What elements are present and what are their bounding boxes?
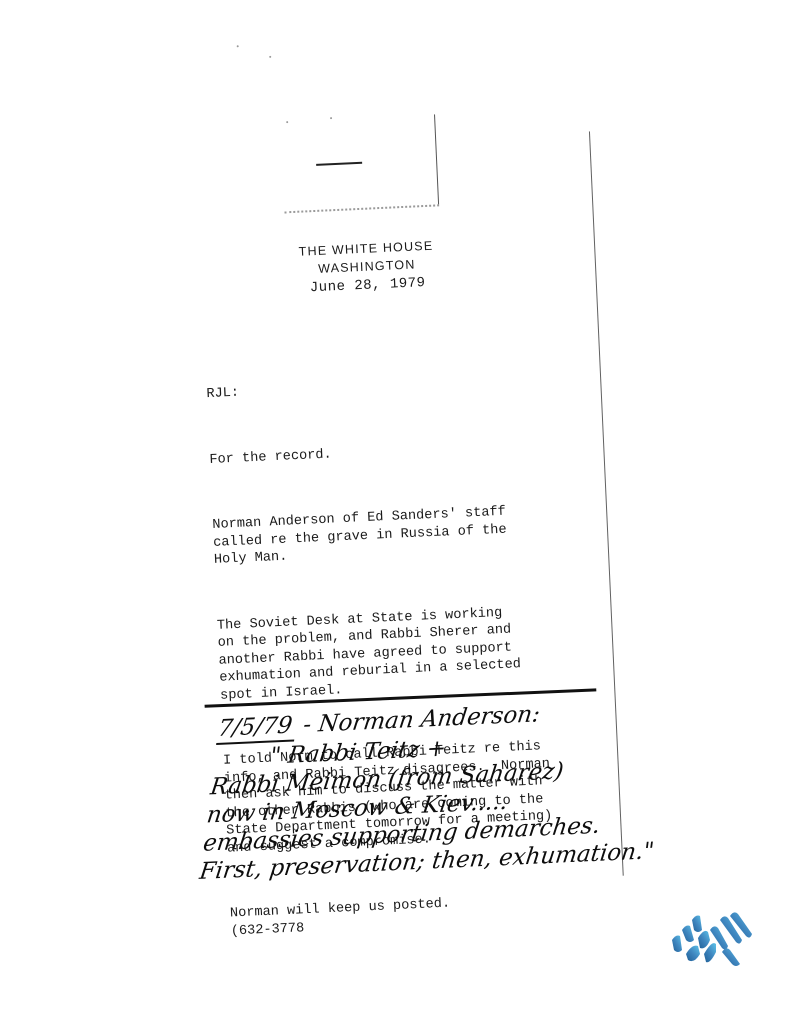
salutation: RJL: <box>206 368 606 404</box>
scan-speck <box>269 56 271 58</box>
scan-speck <box>237 45 239 47</box>
paragraph-closing: Norman will keep us posted. (632-3778 <box>230 887 631 940</box>
memo-body: RJL: For the record. Norman Anderson of … <box>205 333 634 988</box>
letterhead: THE WHITE HOUSE WASHINGTON June 28, 1979 <box>186 232 548 304</box>
attachment-outline-bottom <box>284 204 439 215</box>
scan-speck <box>330 117 332 119</box>
paragraph: Norman Anderson of Ed Sanders' staff cal… <box>212 499 614 570</box>
handwritten-note: 7/5/79 - Norman Anderson: " Rabbi Teitz … <box>198 695 650 886</box>
scanned-memo: THE WHITE HOUSE WASHINGTON June 28, 1979… <box>180 99 675 899</box>
paragraph: For the record. <box>209 433 609 469</box>
handwritten-date: 7/5/79 <box>216 711 298 745</box>
document-page: THE WHITE HOUSE WASHINGTON June 28, 1979… <box>0 0 791 1024</box>
watermark-logo-icon <box>668 910 758 966</box>
scan-speck <box>286 121 288 123</box>
attachment-outline <box>434 114 439 204</box>
scan-mark <box>316 162 362 166</box>
